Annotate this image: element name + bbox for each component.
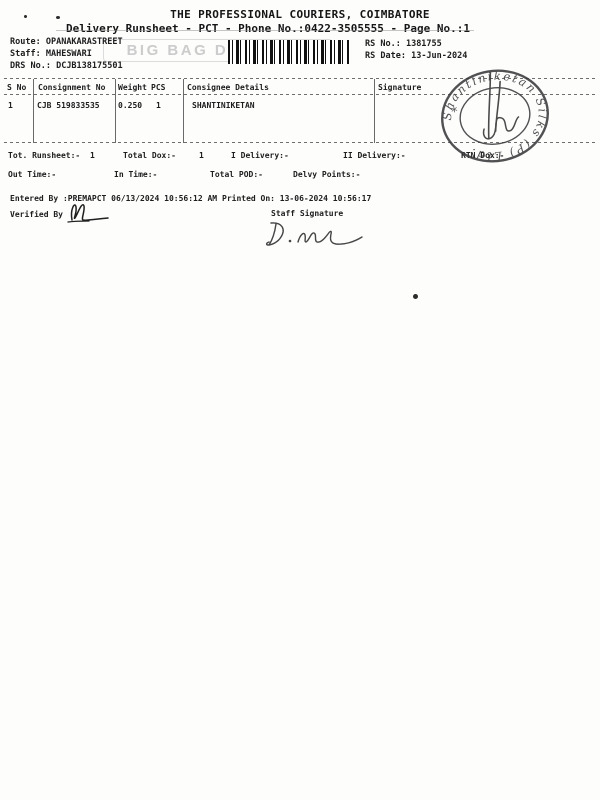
- col-header-pcs: PCS: [151, 83, 165, 92]
- staff-line: Staff: MAHESWARI: [10, 49, 92, 59]
- rs-date-value: 13-Jun-2024: [411, 51, 467, 61]
- scan-speck: [413, 294, 418, 299]
- rs-date-line: RS Date: 13-Jun-2024: [365, 51, 467, 61]
- drs-label: DRS No.:: [10, 61, 51, 71]
- route-value: OPANAKARASTREET: [46, 37, 123, 47]
- staff-signature-label: Staff Signature: [271, 209, 343, 218]
- route-line: Route: OPANAKARASTREET: [10, 37, 123, 47]
- tot-runsheet-value: 1: [90, 151, 95, 160]
- document-page: THE PROFESSIONAL COURIERS, COIMBATORE De…: [0, 0, 600, 800]
- col-header-sno: S No: [7, 83, 26, 92]
- row-sno: 1: [8, 101, 13, 110]
- document-subtitle: Delivery Runsheet - PCT - Phone No.:0422…: [66, 22, 470, 35]
- in-time-label: In Time:-: [114, 170, 157, 179]
- ii-delivery-label: II Delivery:-: [343, 151, 406, 160]
- out-time-label: Out Time:-: [8, 170, 56, 179]
- shantiniketan-rubber-stamp: Shantiniketan Silks (P) Ltd. *: [438, 67, 552, 165]
- staff-value: MAHESWARI: [46, 49, 92, 59]
- col-header-consignee: Consignee Details: [187, 83, 269, 92]
- table-column-divider: [374, 79, 375, 143]
- rs-no-label: RS No.:: [365, 39, 401, 49]
- row-pcs: 1: [156, 101, 161, 110]
- col-header-weight: Weight: [118, 83, 147, 92]
- table-column-divider: [115, 79, 116, 143]
- verified-by-signature: [62, 199, 114, 225]
- verified-by-label: Verified By: [10, 210, 63, 219]
- i-delivery-label: I Delivery:-: [231, 151, 289, 160]
- col-header-consignment: Consignment No: [38, 83, 105, 92]
- total-dox-label: Total Dox:-: [123, 151, 176, 160]
- row-weight: 0.250: [118, 101, 142, 110]
- table-column-divider: [33, 79, 34, 143]
- staff-signature-handwriting: [262, 221, 367, 251]
- route-label: Route:: [10, 37, 41, 47]
- row-consignee: SHANTINIKETAN: [192, 101, 255, 110]
- staff-label: Staff:: [10, 49, 41, 59]
- total-dox-value: 1: [199, 151, 204, 160]
- delvy-points-label: Delvy Points:-: [293, 170, 360, 179]
- row-consignment: CJB 519833535: [37, 101, 100, 110]
- col-header-signature: Signature: [378, 83, 421, 92]
- rs-no-value: 1381755: [406, 39, 442, 49]
- tot-runsheet-label: Tot. Runsheet:-: [8, 151, 80, 160]
- drs-value: DCJB138175501: [56, 61, 123, 71]
- rs-date-label: RS Date:: [365, 51, 406, 61]
- rs-no-line: RS No.: 1381755: [365, 39, 442, 49]
- drs-line: DRS No.: DCJB138175501: [10, 61, 123, 71]
- document-title: THE PROFESSIONAL COURIERS, COIMBATORE: [0, 8, 600, 21]
- table-column-divider: [183, 79, 184, 143]
- total-pod-label: Total POD:-: [210, 170, 263, 179]
- stamp-asterisk: *: [450, 104, 460, 120]
- scan-fold-line: [56, 30, 474, 31]
- printed-on-text: Printed On: 13-06-2024 10:56:17: [222, 194, 371, 203]
- barcode: [228, 40, 350, 64]
